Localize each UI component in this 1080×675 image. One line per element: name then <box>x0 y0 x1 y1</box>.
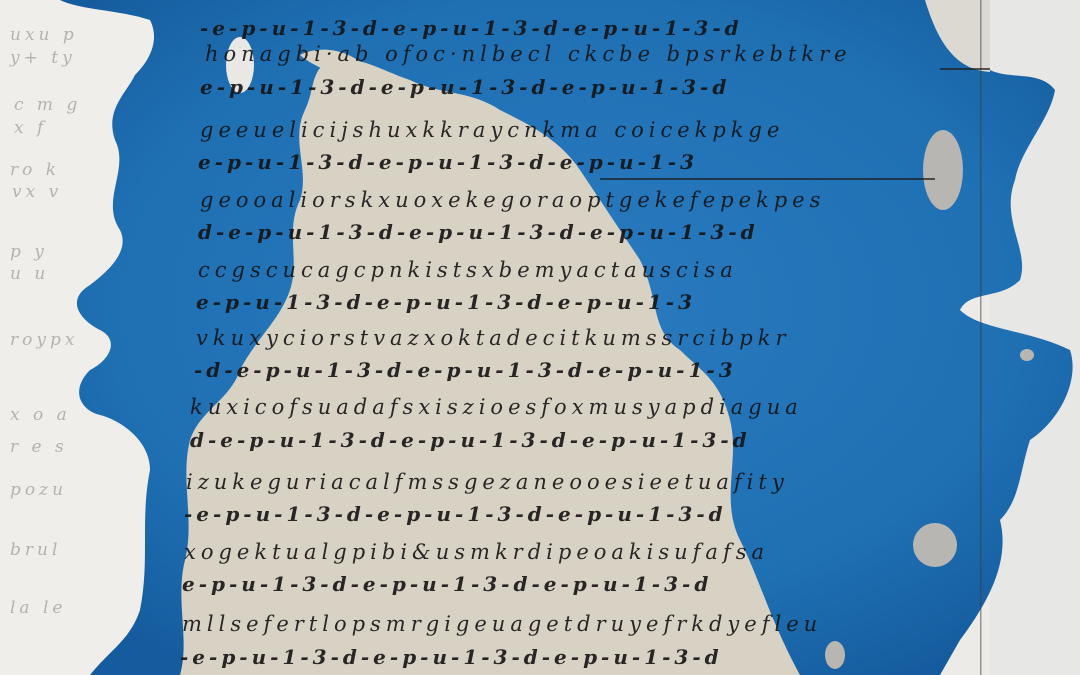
cipher-text-line: vkuxyciorstvazxoktadecitkumssrcibpkr <box>196 326 790 350</box>
cipher-text-line: izukeguriacalfmssgezaneooesieetuafity <box>186 470 789 494</box>
cipher-text-line: mllsefertlopsmrgigeuagetdruyefrkdyefleu <box>182 612 822 636</box>
cipher-key-line: -e-p-u-1-3-d-e-p-u-1-3-d-e-p-u-1-3-d <box>200 16 743 40</box>
cipher-key-line: -e-p-u-1-3-d-e-p-u-1-3-d-e-p-u-1-3-d <box>180 645 723 669</box>
margin-note: pozu <box>10 480 67 500</box>
cipher-key-line: d-e-p-u-1-3-d-e-p-u-1-3-d-e-p-u-1-3-d <box>190 428 751 452</box>
margin-note: y+ ty <box>10 48 76 68</box>
cipher-key-line: e-p-u-1-3-d-e-p-u-1-3-d-e-p-u-1-3-d <box>200 75 730 99</box>
cipher-key-line: -d-e-p-u-1-3-d-e-p-u-1-3-d-e-p-u-1-3 <box>194 358 737 382</box>
cipher-text-line: geooaliorskxuoxekegoraoptgekefepekpes <box>200 188 825 212</box>
cipher-key-line: e-p-u-1-3-d-e-p-u-1-3-d-e-p-u-1-3 <box>196 290 696 314</box>
underline-rule <box>600 178 935 180</box>
cipher-key-line: e-p-u-1-3-d-e-p-u-1-3-d-e-p-u-1-3-d <box>182 572 712 596</box>
margin-note: la le <box>10 598 66 618</box>
margin-note: r e s <box>10 437 68 457</box>
cipher-key-line: -e-p-u-1-3-d-e-p-u-1-3-d-e-p-u-1-3-d <box>184 502 727 526</box>
manuscript-photo: uxu p y+ ty c m g x f ro k vx v p y u u … <box>0 0 1080 675</box>
cipher-key-line: e-p-u-1-3-d-e-p-u-1-3-d-e-p-u-1-3 <box>198 150 698 174</box>
margin-note: x f <box>14 118 47 138</box>
cipher-text-line: kuxicofsuadafsxiszioesfoxmusyapdiagua <box>190 395 803 419</box>
margin-note: uxu p <box>10 25 78 45</box>
margin-note: roypx <box>10 330 78 350</box>
cipher-text-line: ccgscucagcpnkistsxbemyactauscisa <box>198 258 738 282</box>
margin-note: p y <box>10 242 48 262</box>
margin-note: c m g <box>14 95 81 115</box>
cipher-text-line: honagbi·ab ofoc·nlbecl ckcbe bpsrkebtkre <box>205 42 852 66</box>
margin-note: x o a <box>10 405 71 425</box>
margin-note: brul <box>10 540 61 560</box>
margin-note: u u <box>10 264 49 284</box>
cipher-text-line: geeuelicijshuxkkraycnkma coicekpkge <box>200 118 784 142</box>
margin-note: ro k <box>10 160 60 180</box>
cipher-text-line: xogektualgpibi&usmkrdipeoakisufafsa <box>184 540 769 564</box>
underline-rule <box>940 68 990 70</box>
margin-note: vx v <box>12 182 62 202</box>
cipher-key-line: d-e-p-u-1-3-d-e-p-u-1-3-d-e-p-u-1-3-d <box>198 220 759 244</box>
